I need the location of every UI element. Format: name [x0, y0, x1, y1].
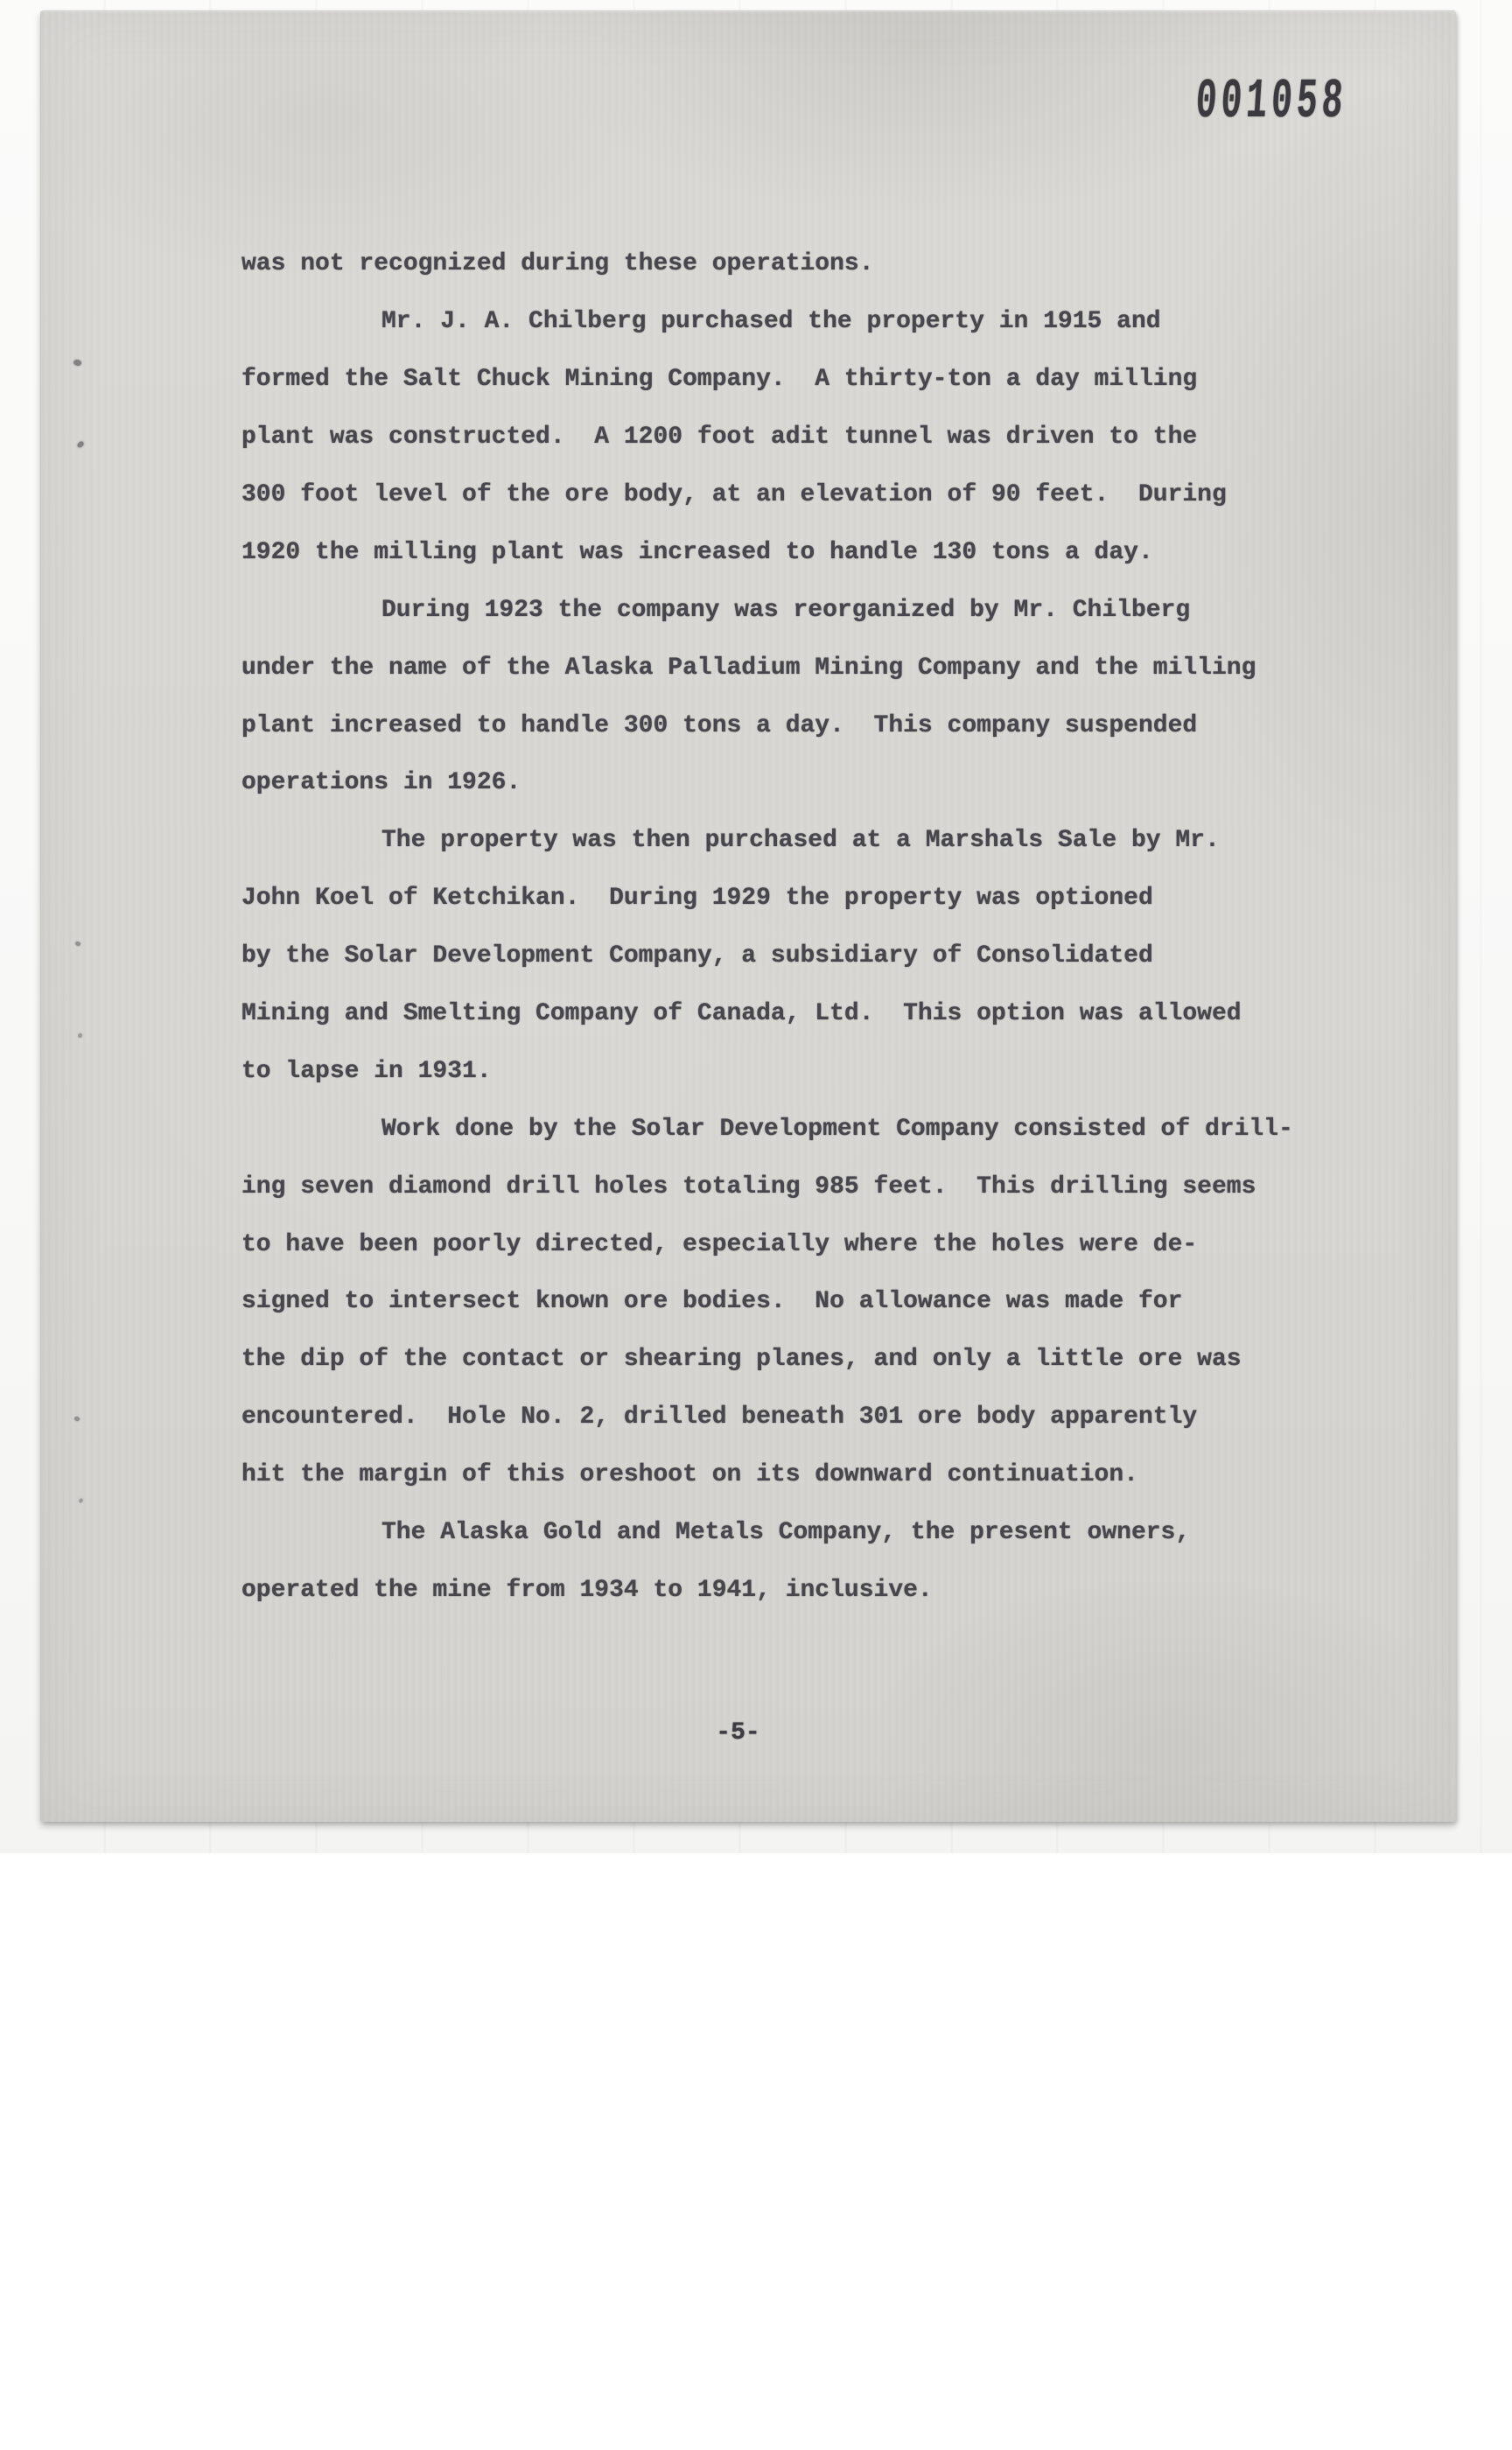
text-line: During 1923 the company was reorganized …: [241, 581, 1318, 639]
document-page: 001058 was not recognized during these o…: [40, 10, 1456, 1822]
text-line: operated the mine from 1934 to 1941, inc…: [241, 1561, 1318, 1619]
text-line: to have been poorly directed, especially…: [241, 1215, 1318, 1273]
text-line: to lapse in 1931.: [241, 1042, 1318, 1100]
scan-artifact: [78, 1498, 83, 1503]
text-line: ing seven diamond drill holes totaling 9…: [241, 1158, 1318, 1215]
text-line: The property was then purchased at a Mar…: [241, 812, 1318, 870]
scan-artifact: [73, 1416, 80, 1422]
text-line: encountered. Hole No. 2, drilled beneath…: [241, 1389, 1318, 1446]
text-line: The Alaska Gold and Metals Company, the …: [241, 1504, 1318, 1562]
text-line: was not recognized during these operatio…: [241, 235, 1318, 293]
text-line: 300 foot level of the ore body, at an el…: [241, 466, 1318, 524]
scan-artifact: [73, 358, 82, 367]
scan-artifact: [74, 941, 81, 948]
document-body: was not recognized during these operatio…: [241, 235, 1318, 1619]
text-line: under the name of the Alaska Palladium M…: [241, 639, 1318, 696]
text-line: by the Solar Development Company, a subs…: [241, 927, 1318, 985]
text-line: plant increased to handle 300 tons a day…: [241, 696, 1318, 754]
text-line: John Koel of Ketchikan. During 1929 the …: [241, 870, 1318, 927]
text-line: the dip of the contact or shearing plane…: [241, 1331, 1318, 1389]
text-line: Mr. J. A. Chilberg purchased the propert…: [241, 293, 1318, 351]
text-line: signed to intersect known ore bodies. No…: [241, 1273, 1318, 1331]
screenshot-root: 001058 was not recognized during these o…: [0, 0, 1512, 2450]
text-line: hit the margin of this oreshoot on its d…: [241, 1446, 1318, 1504]
stamp-number: 001058: [1193, 71, 1348, 134]
text-line: plant was constructed. A 1200 foot adit …: [241, 409, 1318, 466]
text-line: operations in 1926.: [241, 754, 1318, 812]
scan-artifact: [76, 440, 85, 448]
text-line: Mining and Smelting Company of Canada, L…: [241, 985, 1318, 1043]
text-line: 1920 the milling plant was increased to …: [241, 523, 1318, 581]
text-line: Work done by the Solar Development Compa…: [241, 1100, 1318, 1158]
text-line: formed the Salt Chuck Mining Company. A …: [241, 351, 1318, 409]
scan-artifact: [77, 1032, 82, 1038]
scan-background: 001058 was not recognized during these o…: [0, 0, 1512, 1853]
page-number: -5-: [241, 1704, 1235, 1761]
